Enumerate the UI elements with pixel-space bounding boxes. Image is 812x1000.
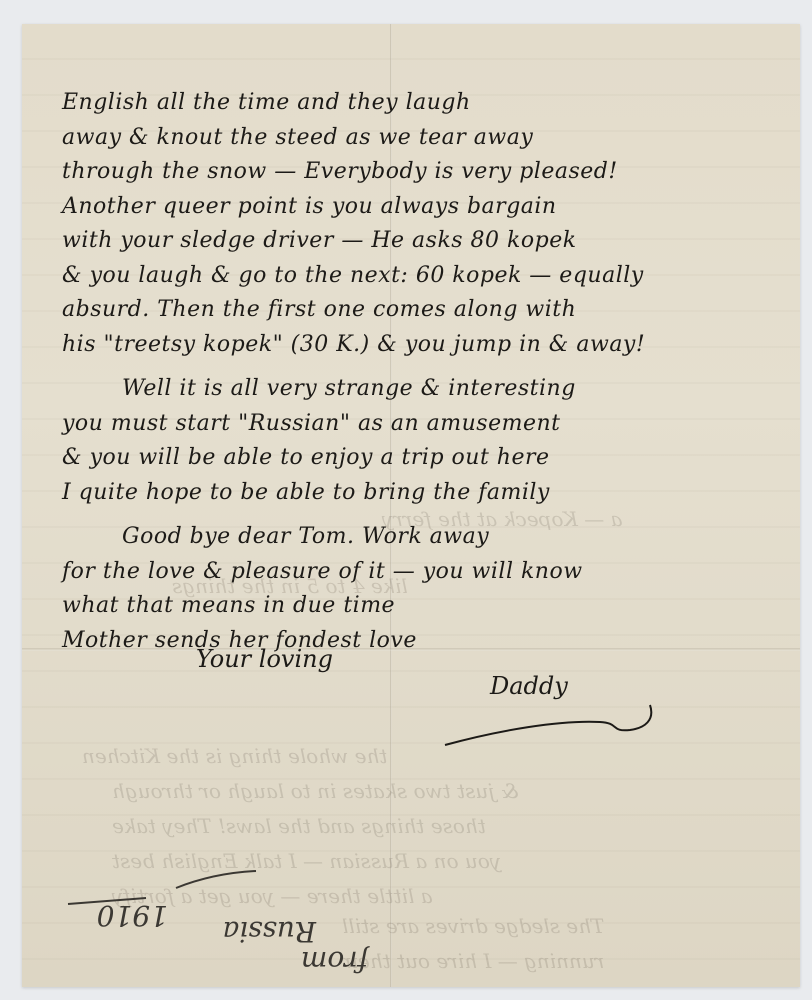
letter-line: English all the time and they laugh <box>62 86 752 121</box>
letter-line: away & knout the steed as we tear away <box>62 121 752 156</box>
bleed-through-text: the whole thing is the Kitchen <box>82 739 387 774</box>
letter-line: Well it is all very strange & interestin… <box>62 372 752 407</box>
letter-line: with your sledge driver — He asks 80 kop… <box>62 224 752 259</box>
letter-line: & you laugh & go to the next: 60 kopek —… <box>62 259 752 294</box>
bleed-through-text: those things and the laws! They take <box>112 809 486 844</box>
bleed-through-text: & just two skates in to laugh or through <box>112 774 519 809</box>
letter-line: through the snow — Everybody is very ple… <box>62 155 752 190</box>
bleed-through-text: The sledge drives are still <box>342 909 604 944</box>
letter-line: his "treetsy kopek" (30 K.) & you jump i… <box>62 328 752 363</box>
bleed-through-text: running — I hire out their <box>342 944 604 979</box>
annotation-from: from <box>301 945 368 978</box>
annotation-place: Russia <box>222 915 316 948</box>
letter-line: Good bye dear Tom. Work away <box>62 520 752 555</box>
letter-line: you must start "Russian" as an amusement <box>62 407 752 442</box>
letter-closing: Your loving <box>196 645 333 673</box>
letter-line: absurd. Then the first one comes along w… <box>62 293 752 328</box>
letter-body: English all the time and they laugh away… <box>62 86 752 658</box>
letter-line: Another queer point is you always bargai… <box>62 190 752 225</box>
letter-signature: Daddy <box>490 672 568 700</box>
annotation-underline-icon <box>66 868 266 908</box>
letter-line: I quite hope to be able to bring the fam… <box>62 476 752 511</box>
signature-flourish-icon <box>440 700 660 750</box>
letter-line: & you will be able to enjoy a trip out h… <box>62 441 752 476</box>
letter-line: what that means in due time <box>62 589 752 624</box>
letter-line: Mother sends her fondest love <box>62 624 752 659</box>
letter-line: for the love & pleasure of it — you will… <box>62 555 752 590</box>
